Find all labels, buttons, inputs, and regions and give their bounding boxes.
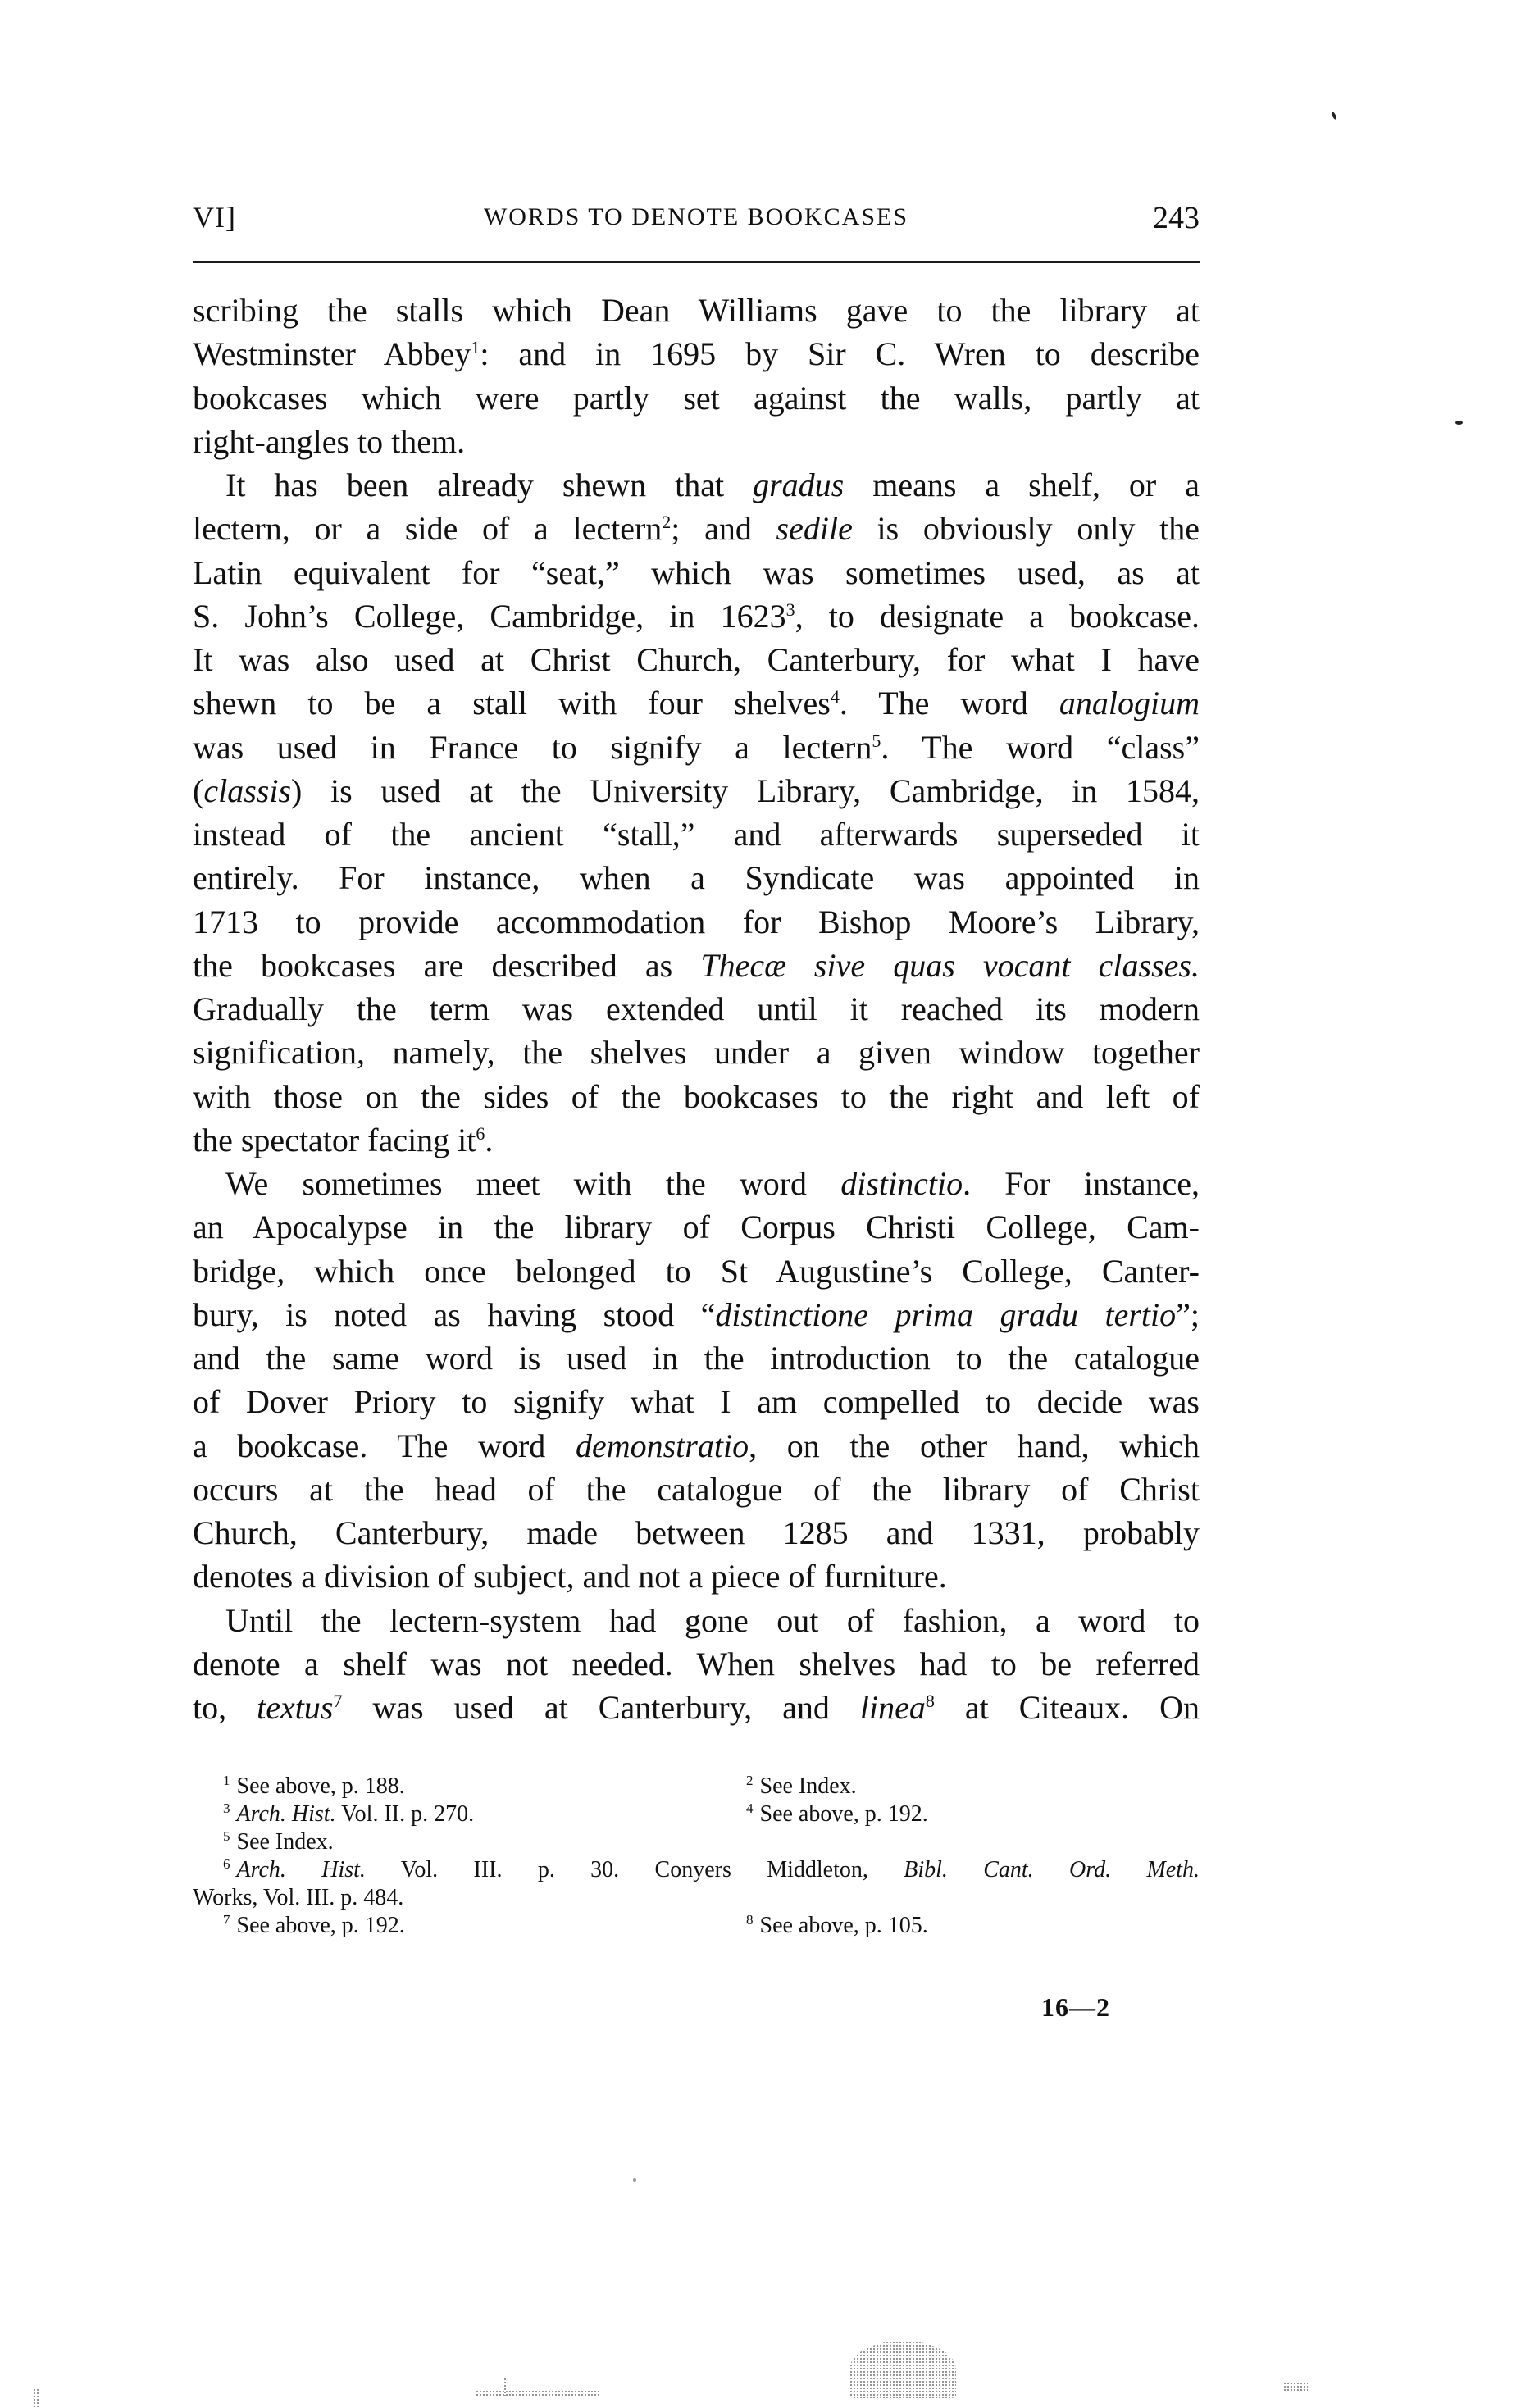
text-line: and the same word is used in the introdu… xyxy=(193,1336,1200,1380)
text-run: and the same word is used in the introdu… xyxy=(193,1340,1200,1377)
text-run: bury, is noted as having stood “ xyxy=(193,1296,715,1333)
text-run: with those on the sides of the bookcases… xyxy=(193,1078,1200,1115)
text-run: the bookcases are described as xyxy=(193,947,700,984)
italic-term: gradus xyxy=(753,467,844,503)
italic-term: sedile xyxy=(776,510,853,547)
footnote-8: 8See above, p. 105. xyxy=(746,1912,928,1940)
footnote-reference: 3 xyxy=(786,599,795,620)
text-line: It has been already shewn that gradus me… xyxy=(193,463,1200,507)
text-run: . The word “class” xyxy=(881,729,1200,766)
text-line: with those on the sides of the bookcases… xyxy=(193,1075,1200,1118)
text-run: is obviously only the xyxy=(853,510,1200,547)
italic-term: analogium xyxy=(1059,685,1200,721)
text-run: S. John’s College, Cambridge, in 1623 xyxy=(193,598,786,635)
text-run: was used at Canterbury, and xyxy=(342,1689,859,1726)
footnote-2: 2See Index. xyxy=(746,1773,857,1800)
text-run: ”; xyxy=(1176,1296,1200,1333)
text-line: a bookcase. The word demonstratio, on th… xyxy=(193,1424,1200,1468)
footnote-6-continuation: Works, Vol. III. p. 484. xyxy=(193,1884,403,1912)
footnote-row: 7See above, p. 192. 8See above, p. 105. xyxy=(193,1912,1200,1940)
footnote-5: 5See Index. xyxy=(223,1828,334,1856)
text-run: . xyxy=(485,1122,493,1158)
text-line: It was also used at Christ Church, Cante… xyxy=(193,638,1200,681)
text-line: (classis) is used at the University Libr… xyxy=(193,769,1200,813)
italic-term: Thecæ sive quas vocant classes. xyxy=(700,947,1200,984)
text-run: denote a shelf was not needed. When shel… xyxy=(193,1646,1200,1682)
scan-speck xyxy=(1455,421,1463,425)
text-run: It was also used at Christ Church, Cante… xyxy=(193,641,1200,678)
text-line: Latin equivalent for “seat,” which was s… xyxy=(193,551,1200,594)
text-line: denote a shelf was not needed. When shel… xyxy=(193,1642,1200,1686)
text-run: bookcases which were partly set against … xyxy=(193,380,1200,417)
header-rule xyxy=(193,261,1200,263)
text-run: ; and xyxy=(671,510,776,547)
footnote-reference: 4 xyxy=(831,686,840,707)
text-run: at Citeaux. On xyxy=(935,1689,1200,1726)
text-line: to, textus7 was used at Canterbury, and … xyxy=(193,1686,1200,1729)
text-line: an Apocalypse in the library of Corpus C… xyxy=(193,1205,1200,1249)
italic-term: distinctione prima gradu tertio xyxy=(715,1296,1176,1333)
text-run: an Apocalypse in the library of Corpus C… xyxy=(193,1209,1200,1245)
scan-smudge xyxy=(503,2378,508,2396)
text-run: bridge, which once belonged to St August… xyxy=(193,1253,1200,1290)
italic-term: distinctio xyxy=(840,1165,963,1202)
footnote-row: Works, Vol. III. p. 484. xyxy=(193,1884,1200,1912)
footnote-reference: 8 xyxy=(926,1691,935,1711)
text-run: 1713 to provide accommodation for Bishop… xyxy=(193,904,1200,940)
text-run: , on the other hand, which xyxy=(749,1427,1200,1464)
text-run: . The word xyxy=(840,685,1059,721)
text-line: instead of the ancient “stall,” and afte… xyxy=(193,813,1200,856)
running-title: WORDS TO DENOTE BOOKCASES xyxy=(193,203,1200,231)
text-run: was used in France to signify a lectern xyxy=(193,729,872,766)
text-run: scribing the stalls which Dean Williams … xyxy=(193,292,1200,329)
text-line: of Dover Priory to signify what I am com… xyxy=(193,1380,1200,1423)
footnote-row: 5See Index. xyxy=(193,1828,1200,1856)
text-line: Westminster Abbey1: and in 1695 by Sir C… xyxy=(193,332,1200,376)
text-run: Church, Canterbury, made between 1285 an… xyxy=(193,1514,1200,1551)
footnote-reference: 5 xyxy=(872,731,881,751)
text-line: Gradually the term was extended until it… xyxy=(193,987,1200,1031)
text-line: denotes a division of subject, and not a… xyxy=(193,1555,1200,1598)
text-line: Until the lectern-system had gone out of… xyxy=(193,1599,1200,1642)
text-line: Church, Canterbury, made between 1285 an… xyxy=(193,1511,1200,1555)
signature-mark: 16—2 xyxy=(1041,1992,1110,2023)
text-run: . For instance, xyxy=(963,1165,1200,1202)
text-run: occurs at the head of the catalogue of t… xyxy=(193,1471,1200,1508)
text-run: lectern, or a side of a lectern xyxy=(193,510,662,547)
text-run: : and in 1695 by Sir C. Wren to describe xyxy=(480,335,1200,372)
text-line: entirely. For instance, when a Syndicate… xyxy=(193,856,1200,899)
text-line: signification, namely, the shelves under… xyxy=(193,1031,1200,1074)
text-line: the bookcases are described as Thecæ siv… xyxy=(193,944,1200,987)
text-line: bury, is noted as having stood “distinct… xyxy=(193,1293,1200,1336)
text-line: S. John’s College, Cambridge, in 16233, … xyxy=(193,594,1200,638)
text-line: lectern, or a side of a lectern2; and se… xyxy=(193,507,1200,550)
text-line: 1713 to provide accommodation for Bishop… xyxy=(193,900,1200,944)
text-run: , to designate a bookcase. xyxy=(795,598,1200,635)
footnote-row: 3Arch. Hist. Vol. II. p. 270. 4See above… xyxy=(193,1800,1200,1828)
footnote-row: 1See above, p. 188. 2See Index. xyxy=(193,1773,1200,1800)
scan-speck xyxy=(1331,112,1337,121)
text-line: occurs at the head of the catalogue of t… xyxy=(193,1468,1200,1511)
text-line: bookcases which were partly set against … xyxy=(193,376,1200,420)
italic-term: demonstratio xyxy=(576,1427,749,1464)
text-run: to, xyxy=(193,1689,257,1726)
footnote-reference: 6 xyxy=(476,1123,485,1144)
footnote-4: 4See above, p. 192. xyxy=(746,1800,928,1828)
scan-smudge xyxy=(1283,2382,1308,2392)
text-line: shewn to be a stall with four shelves4. … xyxy=(193,681,1200,725)
book-page: VI] WORDS TO DENOTE BOOKCASES 243 scribi… xyxy=(0,0,1530,2408)
text-run: Latin equivalent for “seat,” which was s… xyxy=(193,554,1200,591)
footnote-3: 3Arch. Hist. Vol. II. p. 270. xyxy=(223,1800,474,1828)
footnote-reference: 7 xyxy=(333,1691,342,1711)
text-run: right-angles to them. xyxy=(193,423,465,460)
italic-term: classis xyxy=(203,772,291,809)
text-run: instead of the ancient “stall,” and afte… xyxy=(193,816,1200,853)
footnote-row: 6Arch. Hist. Vol. III. p. 30. Conyers Mi… xyxy=(193,1856,1200,1884)
text-run: Westminster Abbey xyxy=(193,335,471,372)
text-run: shewn to be a stall with four shelves xyxy=(193,685,831,721)
italic-term: textus xyxy=(257,1689,333,1726)
text-run: a bookcase. The word xyxy=(193,1427,576,1464)
running-head: VI] WORDS TO DENOTE BOOKCASES 243 xyxy=(193,200,1200,241)
text-run: Gradually the term was extended until it… xyxy=(193,990,1200,1027)
scan-speck xyxy=(633,2178,636,2182)
scan-smudge xyxy=(849,2341,956,2398)
footnote-7: 7See above, p. 192. xyxy=(223,1912,405,1940)
text-run: of Dover Priory to signify what I am com… xyxy=(193,1383,1200,1420)
text-run: Until the lectern-system had gone out of… xyxy=(225,1602,1200,1639)
scan-smudge xyxy=(33,2388,39,2408)
italic-term: linea xyxy=(860,1689,926,1726)
text-run: means a shelf, or a xyxy=(844,467,1200,503)
text-line: the spectator facing it6. xyxy=(193,1118,1200,1162)
text-run: ( xyxy=(193,772,203,809)
footnotes: 1See above, p. 188. 2See Index. 3Arch. H… xyxy=(193,1773,1200,1940)
text-line: bridge, which once belonged to St August… xyxy=(193,1250,1200,1293)
page-number: 243 xyxy=(1153,200,1200,236)
text-line: right-angles to them. xyxy=(193,420,1200,463)
body-text: scribing the stalls which Dean Williams … xyxy=(193,289,1200,1729)
text-run: denotes a division of subject, and not a… xyxy=(193,1558,947,1595)
footnote-6: 6Arch. Hist. Vol. III. p. 30. Conyers Mi… xyxy=(223,1856,1200,1884)
text-run: We sometimes meet with the word xyxy=(225,1165,840,1202)
footnote-1: 1See above, p. 188. xyxy=(223,1773,405,1800)
text-run: ) is used at the University Library, Cam… xyxy=(291,772,1200,809)
footnote-reference: 1 xyxy=(471,337,480,357)
scan-smudge xyxy=(476,2390,599,2397)
text-run: signification, namely, the shelves under… xyxy=(193,1034,1200,1071)
text-line: We sometimes meet with the word distinct… xyxy=(193,1162,1200,1205)
text-run: the spectator facing it xyxy=(193,1122,476,1158)
footnote-reference: 2 xyxy=(662,512,671,532)
text-line: was used in France to signify a lectern5… xyxy=(193,726,1200,769)
text-run: It has been already shewn that xyxy=(225,467,753,503)
text-run: entirely. For instance, when a Syndicate… xyxy=(193,859,1200,896)
text-line: scribing the stalls which Dean Williams … xyxy=(193,289,1200,332)
